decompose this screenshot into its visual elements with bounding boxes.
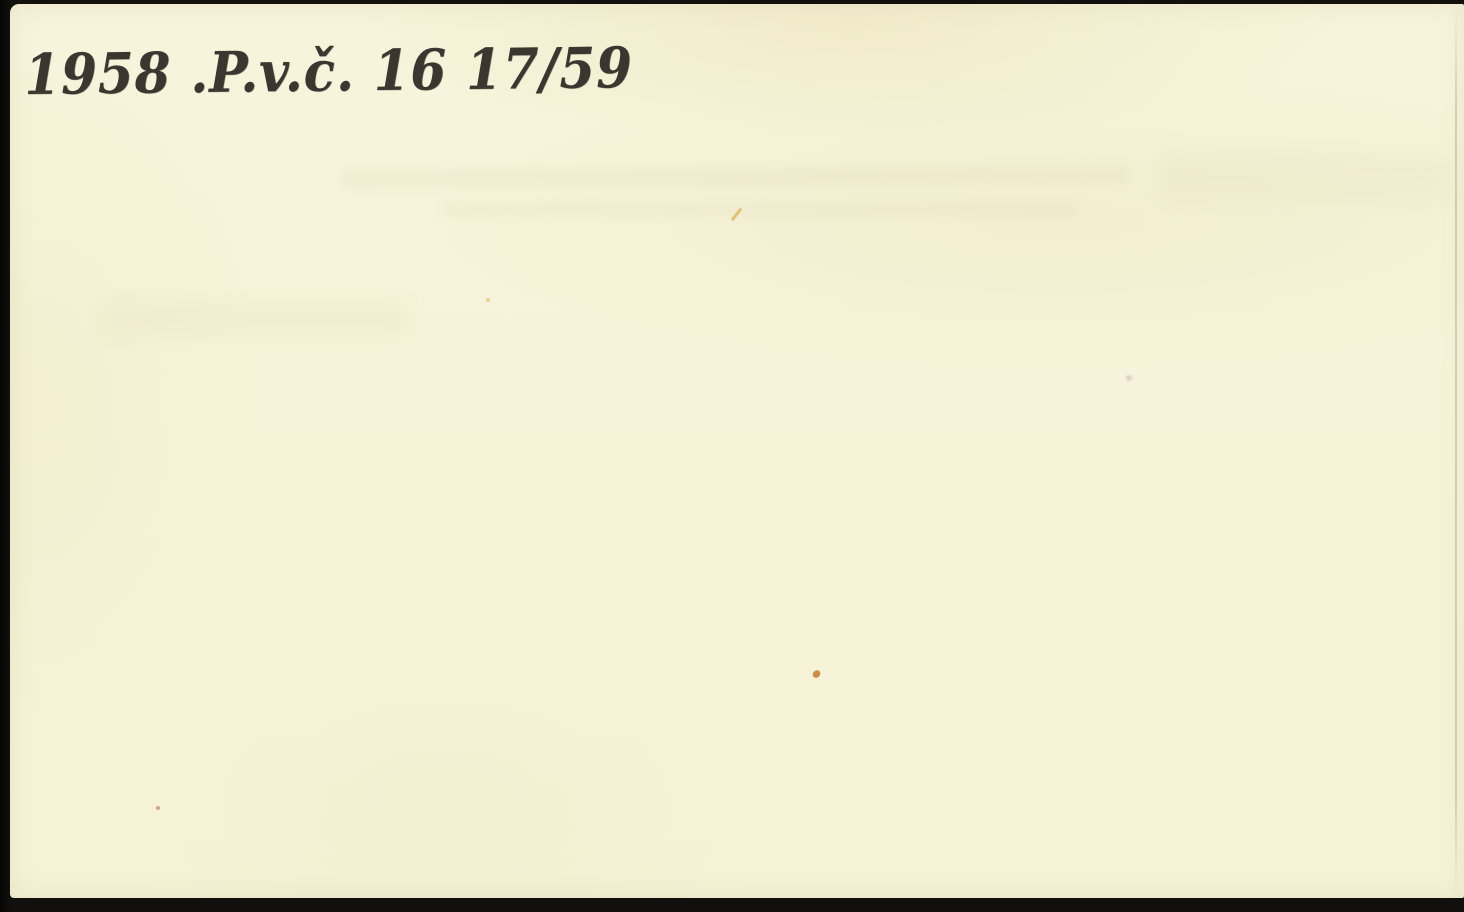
paper-smudge bbox=[100, 300, 410, 338]
stain-speck-orange bbox=[812, 669, 822, 679]
stain-speck-red bbox=[156, 806, 160, 810]
stain-fleck-yellow bbox=[731, 208, 743, 222]
stain-speck-purple bbox=[1126, 375, 1132, 381]
paper-smudge bbox=[440, 202, 1080, 217]
paper-smudge bbox=[340, 166, 1130, 188]
stain-speck-gold bbox=[486, 298, 490, 302]
index-card: 1958 .P.v.č. 16 17/59 bbox=[10, 4, 1464, 898]
card-right-edge-shadow bbox=[1455, 4, 1457, 898]
handwritten-inscription: 1958 .P.v.č. 16 17/59 bbox=[24, 35, 633, 108]
paper-smudge bbox=[1160, 154, 1450, 204]
scanner-bed-background: 1958 .P.v.č. 16 17/59 bbox=[0, 0, 1464, 912]
scan-page: { "card": { "inscription": "1958 .P.v.č.… bbox=[0, 0, 1464, 912]
